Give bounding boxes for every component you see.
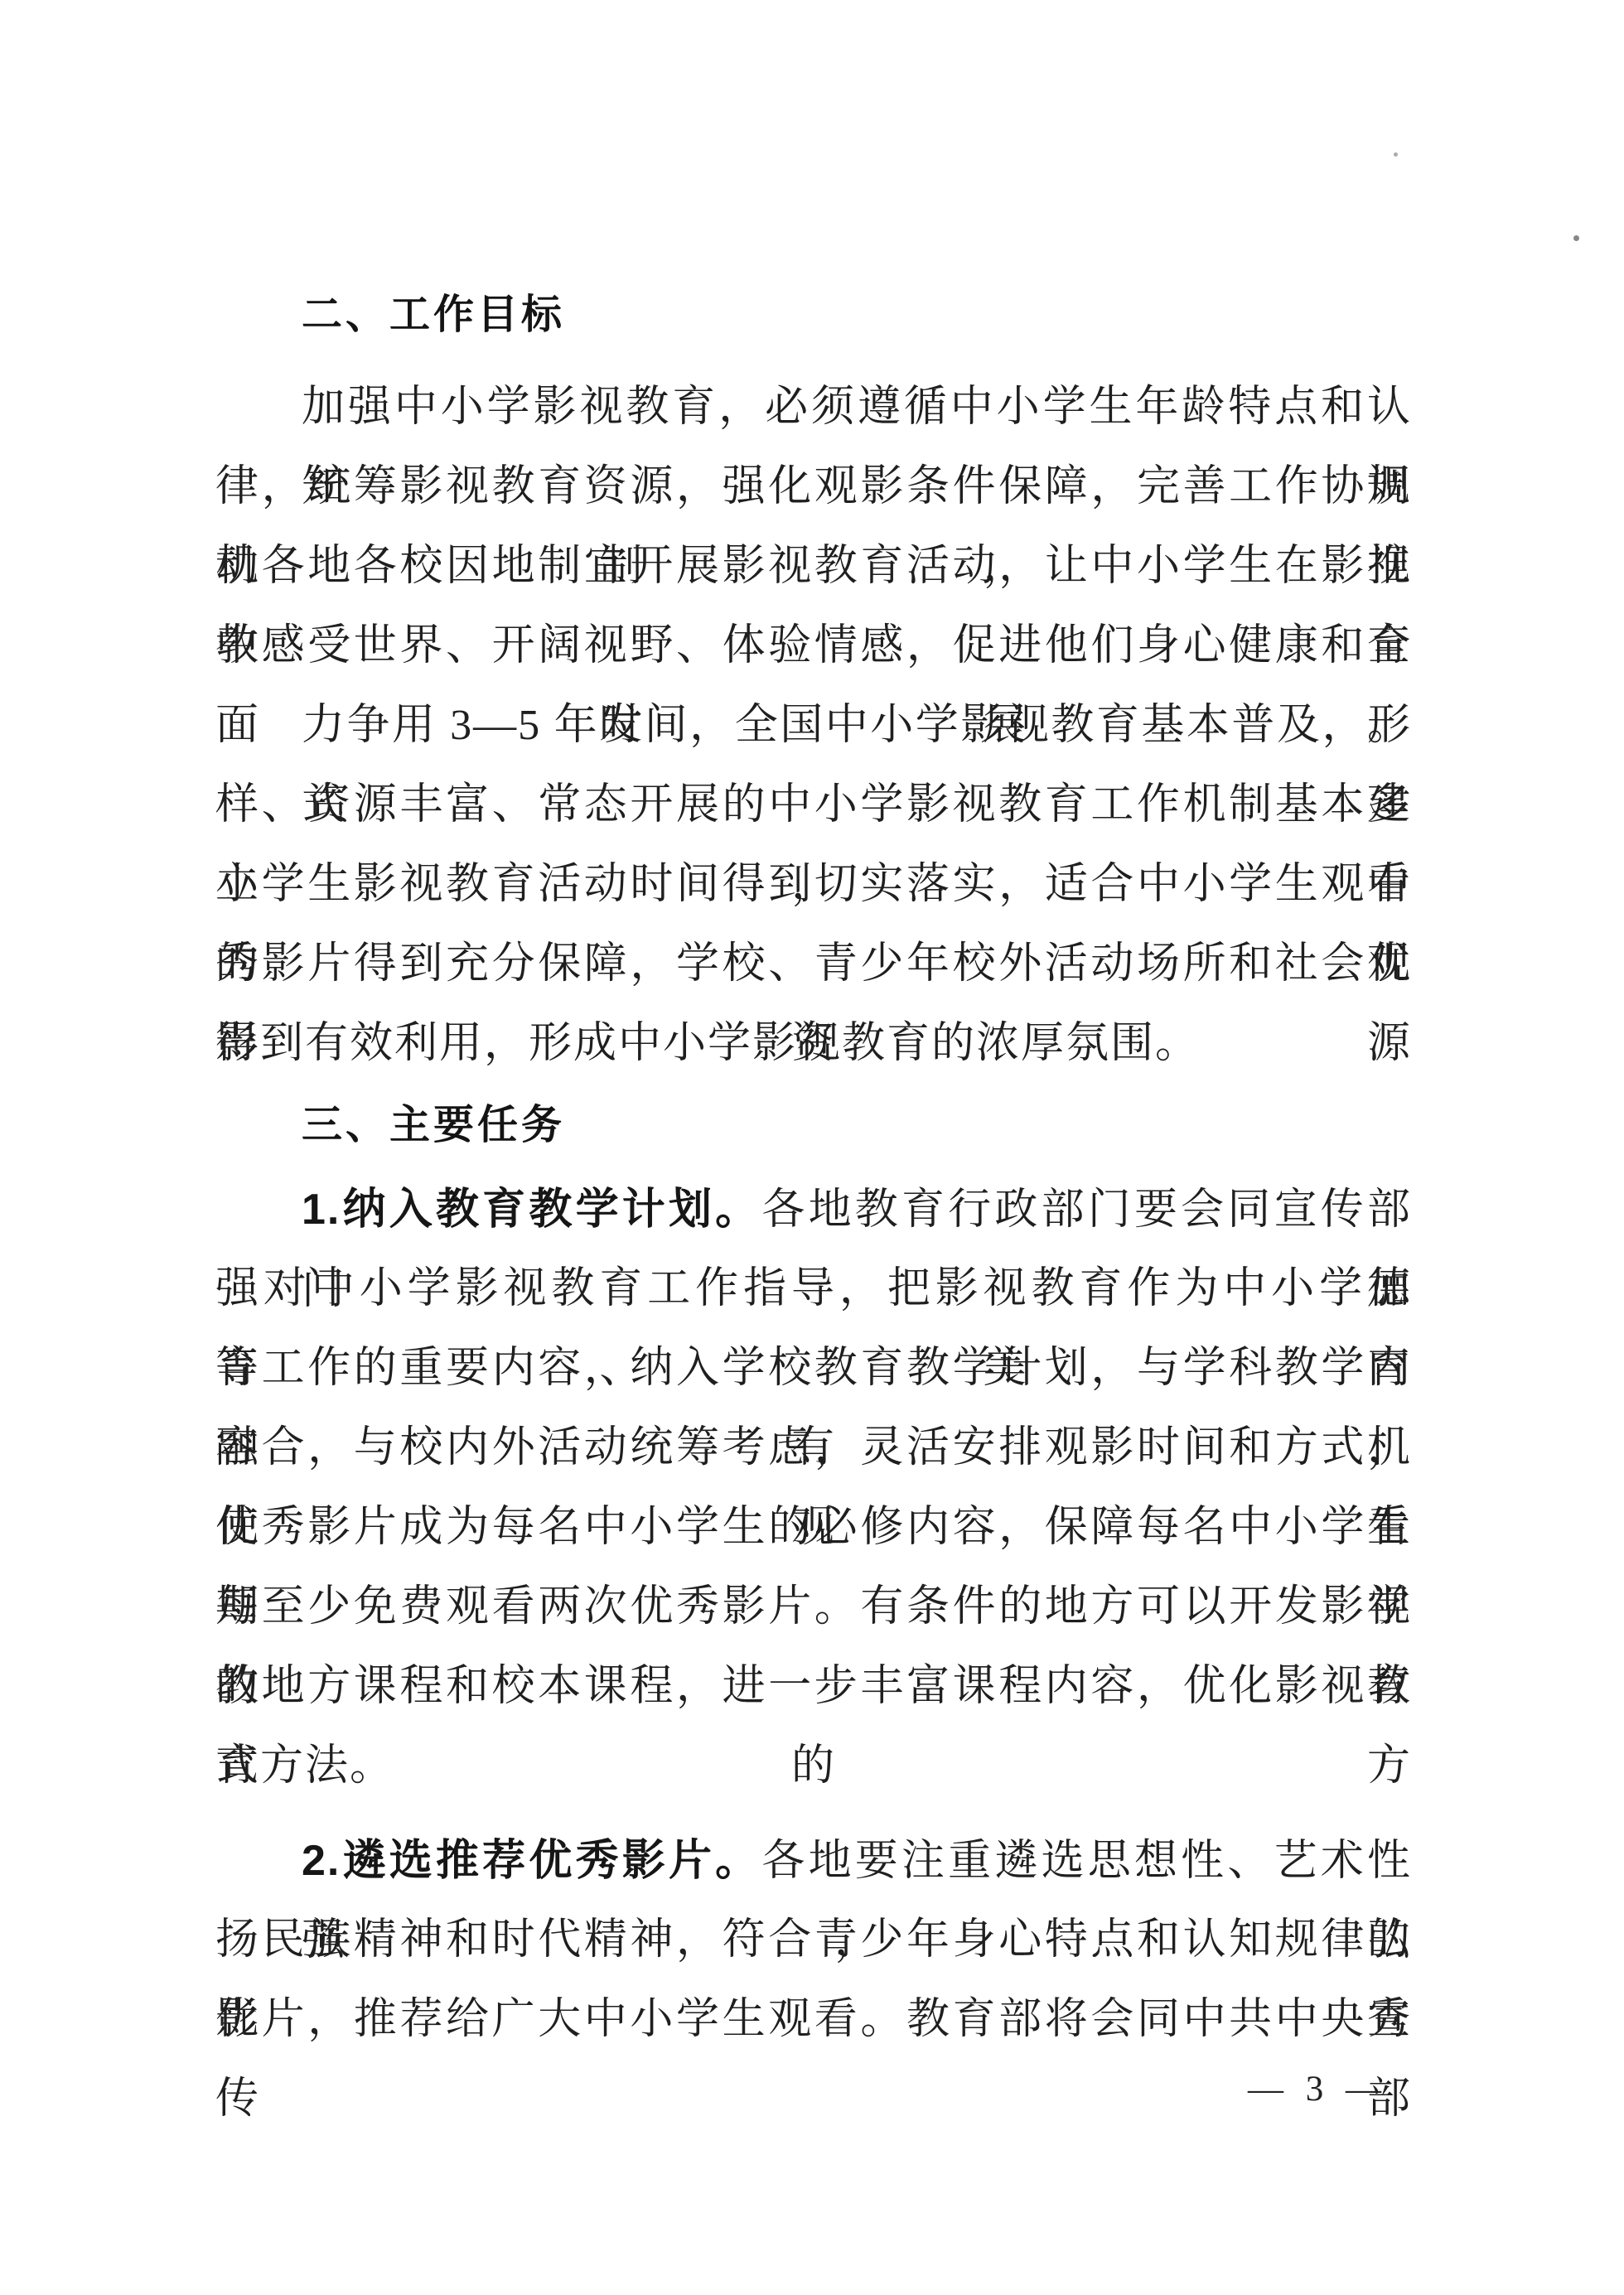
text-run: 影片，推荐给广大中小学生观看。教育部将会同中共中央宣传部 (215, 1996, 1412, 2123)
text-line: 期至少免费观看两次优秀影片。有条件的地方可以开发影视教育 (215, 1568, 1412, 1647)
bold-lead-run: 2.遴选推荐优秀影片。 (302, 1837, 761, 1885)
text-line: 优秀影片成为每名中小学生的必修内容，保障每名中小学生每学 (215, 1488, 1412, 1568)
paragraph: 力争用 3—5 年时间，全国中小学影视教育基本普及，形式多样、资源丰富、常态开展… (215, 686, 1412, 1084)
paragraph: 2.遴选推荐优秀影片。各地要注重遴选思想性、艺术性强，弘扬民族精神和时代精神，符… (215, 1821, 1412, 2060)
text-line: 小学生影视教育活动时间得到切实落实，适合中小学生观看的优 (215, 845, 1412, 925)
bold-lead-run: 1.纳入教育教学计划。 (302, 1186, 761, 1234)
text-line: 样、资源丰富、常态开展的中小学影视教育工作机制基本建立，中 (215, 766, 1412, 845)
text-run: 得到有效利用，形成中小学影视教育的浓厚氛围。 (215, 1020, 1200, 1067)
text-line: 等工作的重要内容，纳入学校教育教学计划，与学科教学内容有机 (215, 1329, 1412, 1408)
text-line: 律，统筹影视教育资源，强化观影条件保障，完善工作协调机制，推 (215, 447, 1412, 527)
document-body: 二、工作目标加强中小学影视教育，必须遵循中小学生年龄特点和认知规律，统筹影视教育… (215, 292, 1412, 2060)
scan-speck (1573, 235, 1579, 241)
text-line: 融合，与校内外活动统筹考虑，灵活安排观影时间和方式，使观看 (215, 1408, 1412, 1488)
paragraph: 1.纳入教育教学计划。各地教育行政部门要会同宣传部门加强对中小学影视教育工作指导… (215, 1170, 1412, 1806)
text-line: 2.遴选推荐优秀影片。各地要注重遴选思想性、艺术性强，弘 (215, 1821, 1412, 1901)
text-line: 动各地各校因地制宜开展影视教育活动，让中小学生在影视教育 (215, 527, 1412, 606)
scan-speck (1394, 152, 1398, 157)
text-line: 影片，推荐给广大中小学生观看。教育部将会同中共中央宣传部 (215, 1980, 1412, 2060)
text-line: 加强中小学影视教育，必须遵循中小学生年龄特点和认知规 (215, 368, 1412, 447)
section-heading: 三、主要任务 (215, 1102, 1412, 1148)
text-line: 扬民族精神和时代精神，符合青少年身心特点和认知规律的优秀 (215, 1901, 1412, 1980)
text-line: 的地方课程和校本课程，进一步丰富课程内容，优化影视教育的方 (215, 1647, 1412, 1727)
text-line: 力争用 3—5 年时间，全国中小学影视教育基本普及，形式多 (215, 686, 1412, 766)
text-run: 式方法。 (215, 1742, 394, 1790)
text-line: 1.纳入教育教学计划。各地教育行政部门要会同宣传部门加 (215, 1170, 1412, 1249)
scanned-document-page: 二、工作目标加强中小学影视教育，必须遵循中小学生年龄特点和认知规律，统筹影视教育… (0, 0, 1624, 2295)
page-number: — 3 — (1248, 2070, 1381, 2109)
section-heading: 二、工作目标 (215, 292, 1412, 338)
paragraph: 加强中小学影视教育，必须遵循中小学生年龄特点和认知规律，统筹影视教育资源，强化观… (215, 368, 1412, 686)
text-run: 的地方课程和校本课程，进一步丰富课程内容，优化影视教育的方 (215, 1663, 1412, 1790)
text-line: 秀影片得到充分保障，学校、青少年校外活动场所和社会观影资源 (215, 925, 1412, 1004)
text-line: 中感受世界、开阔视野、体验情感，促进他们身心健康和全面发展。 (215, 606, 1412, 686)
text-line: 强对中小学影视教育工作指导，把影视教育作为中小学德育、美育 (215, 1249, 1412, 1329)
